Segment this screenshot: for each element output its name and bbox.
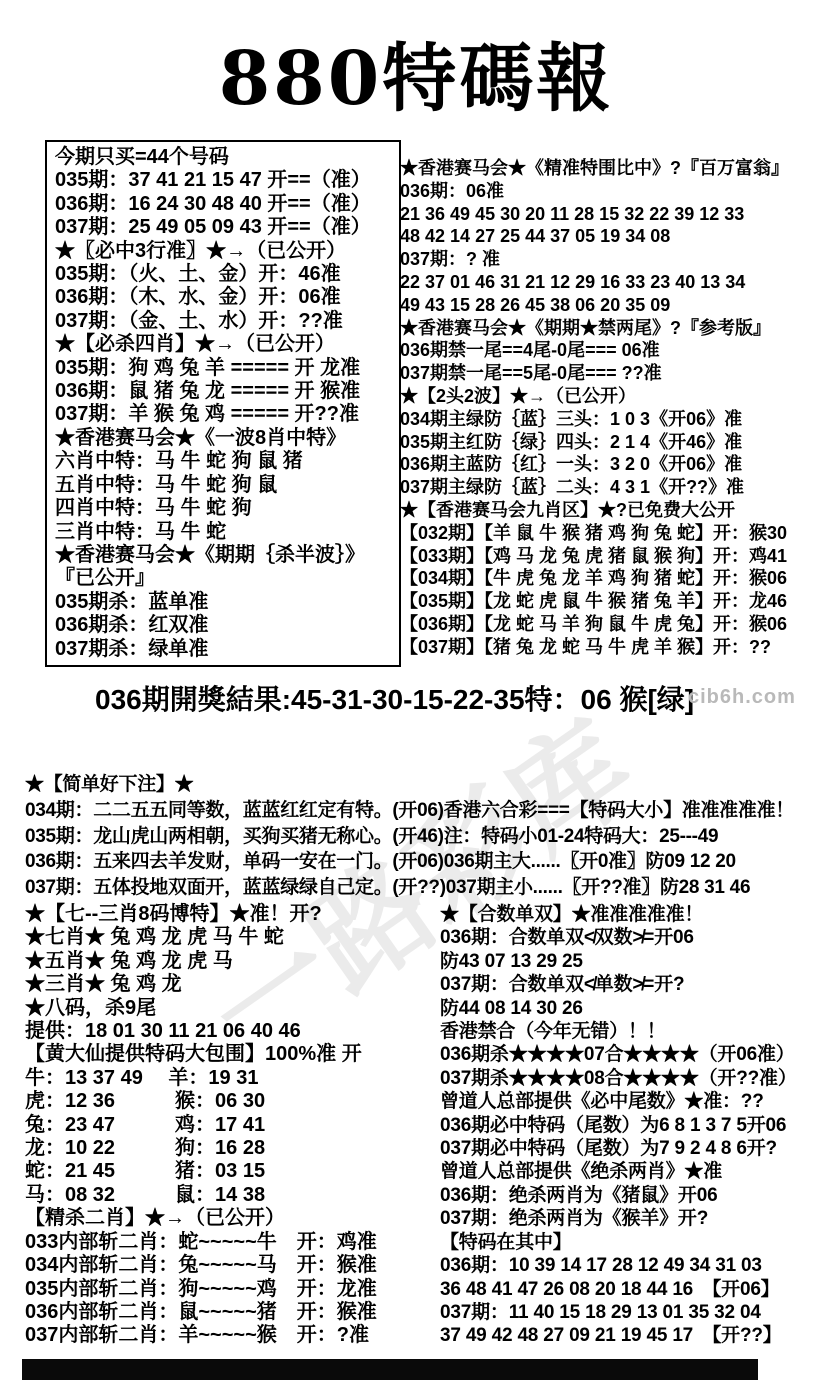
text-line: ★【香港赛马会九肖区】★?已免费大公开 — [400, 499, 828, 522]
text-line: 【034期】【牛 虎 兔 龙 羊 鸡 狗 猪 蛇】开：猴06 — [400, 567, 828, 590]
text-line: 兔：23 47 鸡：17 41 — [25, 1114, 437, 1137]
easy-bet-section: ★【简单好下注】★034期：二二五五同等数，蓝蓝红红定有特。(开06)香港六合彩… — [25, 772, 820, 901]
text-line: ★【2头2波】★→（已公开） — [400, 385, 828, 408]
text-line: 四肖中特：马 牛 蛇 狗 — [55, 497, 395, 520]
text-line: 035期：龙山虎山两相朝，买狗买猪无称心。(开46)注：特码小01-24特码大：… — [25, 824, 820, 850]
text-line: 【032期】【羊 鼠 牛 猴 猪 鸡 狗 兔 蛇】开：猴30 — [400, 522, 828, 545]
text-line: 037内部斩二肖：羊~~~~~猴 开：?准 — [25, 1324, 437, 1347]
text-line: 49 43 15 28 26 45 38 06 20 35 09 — [400, 294, 828, 317]
text-line: 『已公开』 — [55, 567, 395, 590]
text-line: 提供：18 01 30 11 21 06 40 46 — [25, 1020, 437, 1043]
text-line: 037期必中特码（尾数）为7 9 2 4 8 6开? — [440, 1137, 830, 1160]
text-line: 036内部斩二肖：鼠~~~~~猪 开：猴准 — [25, 1301, 437, 1324]
text-line: 035期：狗 鸡 兔 羊 ===== 开 龙准 — [55, 357, 395, 380]
text-line: 034期主绿防｛蓝｝三头：1 0 3《开06》准 — [400, 408, 828, 431]
text-line: 香港禁合（今年无错）！！ — [440, 1020, 830, 1043]
text-line: 037期：25 49 05 09 43 开==（准） — [55, 216, 395, 239]
text-line: 037期主绿防｛蓝｝二头：4 3 1《开??》准 — [400, 476, 828, 499]
text-line: 036期禁一尾==4尾-0尾=== 06准 — [400, 339, 828, 362]
text-line: ★香港赛马会★《精准特围比中》?『百万富翁』 — [400, 157, 828, 180]
site-watermark: cib6h.com — [688, 686, 796, 709]
text-line: 22 37 01 46 31 21 12 29 16 33 23 40 13 3… — [400, 271, 828, 294]
text-line: 六肖中特：马 牛 蛇 狗 鼠 猪 — [55, 450, 395, 473]
text-line: ★三肖★ 兔 鸡 龙 — [25, 973, 437, 996]
text-line: ★五肖★ 兔 鸡 龙 虎 马 — [25, 950, 437, 973]
text-line: 035内部斩二肖：狗~~~~~鸡 开：龙准 — [25, 1278, 437, 1301]
top-right-tips-column: ★香港赛马会★《精准特围比中》?『百万富翁』036期：06准21 36 49 4… — [400, 157, 828, 659]
text-line: ★七肖★ 兔 鸡 龙 虎 马 牛 蛇 — [25, 926, 437, 949]
text-line: 037期杀★★★★08合★★★★（开??准） — [440, 1067, 830, 1090]
text-line: 034内部斩二肖：兔~~~~~马 开：猴准 — [25, 1254, 437, 1277]
text-line: ★八码，杀9尾 — [25, 997, 437, 1020]
text-line: 036期：10 39 14 17 28 12 49 34 31 03 — [440, 1254, 830, 1277]
text-line: 035期主红防｛绿｝四头：2 1 4《开46》准 — [400, 431, 828, 454]
text-line: ★【合数单双】★准准准准准！ — [440, 903, 830, 926]
page-title: 880特碼報 — [0, 20, 832, 126]
text-line: ★香港赛马会★《期期★禁两尾》?『参考版』 — [400, 317, 828, 340]
text-line: ★香港赛马会★《期期｛杀半波｝》 — [55, 544, 395, 567]
text-line: 37 49 42 48 27 09 21 19 45 17 【开??】 — [440, 1324, 830, 1347]
text-line: 【033期】【鸡 马 龙 兔 虎 猪 鼠 猴 狗】开：鸡41 — [400, 545, 828, 568]
text-line: 21 36 49 45 30 20 11 28 15 32 22 39 12 3… — [400, 203, 828, 226]
lower-left-column: ★【七--三肖8码博特】★准！开?★七肖★ 兔 鸡 龙 虎 马 牛 蛇★五肖★ … — [25, 903, 437, 1348]
text-line: 035期：37 41 21 15 47 开==（准） — [55, 169, 395, 192]
top-left-tips-box: 今期只买=44个号码035期：37 41 21 15 47 开==（准）036期… — [45, 140, 401, 667]
text-line: 今期只买=44个号码 — [55, 146, 395, 169]
text-line: 曾道人总部提供《必中尾数》★准：?? — [440, 1090, 830, 1113]
text-line: 035期：（火、土、金）开：46准 — [55, 263, 395, 286]
text-line: 【精杀二肖】★→（已公开） — [25, 1207, 437, 1230]
text-line: 034期：二二五五同等数，蓝蓝红红定有特。(开06)香港六合彩===【特码大小】… — [25, 798, 820, 824]
draw-result-banner: 036期開獎結果:45-31-30-15-22-35特：06 猴[绿] — [95, 678, 694, 718]
text-line: 036期：06准 — [400, 180, 828, 203]
text-line: ★【必杀四肖】★→（已公开） — [55, 333, 395, 356]
text-line: 036期：五来四去羊发财，单码一安在一门。(开06)036期主大......〖开… — [25, 849, 820, 875]
text-line: 48 42 14 27 25 44 37 05 19 34 08 — [400, 225, 828, 248]
text-line: 033内部斩二肖：蛇~~~~~牛 开：鸡准 — [25, 1231, 437, 1254]
text-line: 036期：鼠 猪 兔 龙 ===== 开 猴准 — [55, 380, 395, 403]
text-line: 036期：16 24 30 48 40 开==（准） — [55, 193, 395, 216]
text-line: 【037期】【猪 兔 龙 蛇 马 牛 虎 羊 猴】开：?? — [400, 636, 828, 659]
text-line: ★【七--三肖8码博特】★准！开? — [25, 903, 437, 926]
text-line: 036期：合数单双≮双数≯=开06 — [440, 926, 830, 949]
text-line: 牛：13 37 49 羊：19 31 — [25, 1067, 437, 1090]
newspaper-page: 一路彩库 880特碼報 今期只买=44个号码035期：37 41 21 15 4… — [0, 0, 832, 1388]
text-line: 037期杀：绿单准 — [55, 638, 395, 661]
text-line: 036期必中特码（尾数）为6 8 1 3 7 5开06 — [440, 1114, 830, 1137]
text-line: 037期：11 40 15 18 29 13 01 35 32 04 — [440, 1301, 830, 1324]
text-line: 马：08 32 鼠：14 38 — [25, 1184, 437, 1207]
text-line: 035期杀：蓝单准 — [55, 591, 395, 614]
text-line: 037期：羊 猴 兔 鸡 ===== 开??准 — [55, 403, 395, 426]
text-line: 037期：? 准 — [400, 248, 828, 271]
text-line: ★香港赛马会★《一波8肖中特》 — [55, 427, 395, 450]
text-line: 【黄大仙提供特码大包围】100%准 开 — [25, 1043, 437, 1066]
text-line: 037期禁一尾==5尾-0尾=== ??准 — [400, 362, 828, 385]
text-line: 36 48 41 47 26 08 20 18 44 16 【开06】 — [440, 1278, 830, 1301]
text-line: 036期：（木、水、金）开：06准 — [55, 286, 395, 309]
text-line: 【特码在其中】 — [440, 1231, 830, 1254]
text-line: 防43 07 13 29 25 — [440, 950, 830, 973]
text-line: 037期：绝杀两肖为《猴羊》开? — [440, 1207, 830, 1230]
text-line: 036期：绝杀两肖为《猪鼠》开06 — [440, 1184, 830, 1207]
text-line: 037期：合数单双≮单数≯=开? — [440, 973, 830, 996]
text-line: 【036期】【龙 蛇 马 羊 狗 鼠 牛 虎 兔】开：猴06 — [400, 613, 828, 636]
text-line: 036期杀★★★★07合★★★★（开06准） — [440, 1043, 830, 1066]
text-line: 036期主蓝防｛红｝一头：3 2 0《开06》准 — [400, 453, 828, 476]
text-line: 036期杀：红双准 — [55, 614, 395, 637]
text-line: 蛇：21 45 猪：03 15 — [25, 1160, 437, 1183]
text-line: 037期：五体投地双面开，蓝蓝绿绿自己定。(开??)037期主小......〖开… — [25, 875, 820, 901]
text-line: 虎：12 36 猴：06 30 — [25, 1090, 437, 1113]
text-line: ★〖必中3行准〗★→（已公开） — [55, 240, 395, 263]
text-line: 龙：10 22 狗：16 28 — [25, 1137, 437, 1160]
text-line: ★【简单好下注】★ — [25, 772, 820, 798]
lower-right-column: ★【合数单双】★准准准准准！036期：合数单双≮双数≯=开06防43 07 13… — [440, 903, 830, 1348]
bottom-rule — [22, 1359, 758, 1380]
text-line: 037期：（金、土、水）开：??准 — [55, 310, 395, 333]
text-line: 五肖中特：马 牛 蛇 狗 鼠 — [55, 474, 395, 497]
text-line: 曾道人总部提供《绝杀两肖》★准 — [440, 1160, 830, 1183]
text-line: 防44 08 14 30 26 — [440, 997, 830, 1020]
text-line: 【035期】【龙 蛇 虎 鼠 牛 猴 猪 兔 羊】开：龙46 — [400, 590, 828, 613]
text-line: 三肖中特：马 牛 蛇 — [55, 521, 395, 544]
